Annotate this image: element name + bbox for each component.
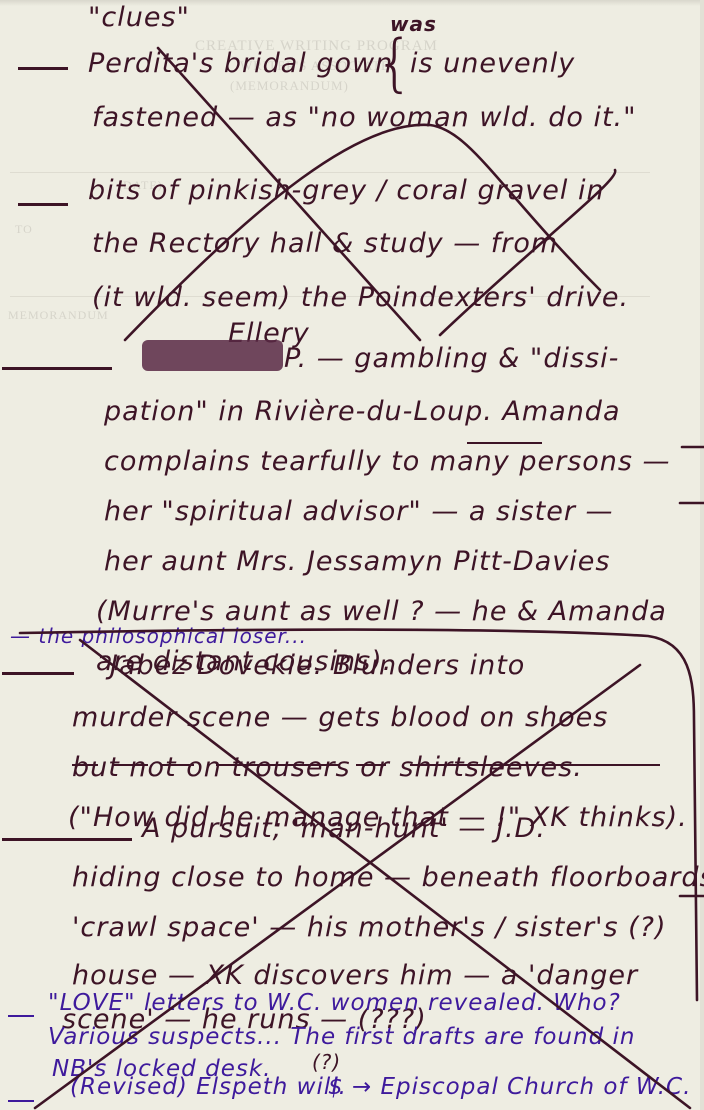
entry-pursuit-line1: A pursuit; 'man-hunt' — J.D. [142,813,546,844]
scribbled-out-word: Charleton [142,340,283,371]
entry-dash [18,67,68,70]
entry-dash [8,1100,34,1102]
underline-many [467,442,542,444]
entry-ellery-line6: (Murre's aunt as well ? — he & Amanda [96,596,667,627]
entry-jabez-line1: Jabez Dovekie. Blunders into [110,650,525,681]
manuscript-page: CREATIVE WRITING PROGRAM WRITER'S ASSOCI… [0,0,704,1110]
entry-dash [18,203,68,206]
paper-right-edge [700,0,704,1110]
entry-dash [2,367,112,370]
entry-dash [8,1015,34,1017]
underline-trousers [216,764,340,766]
underline-on [162,764,194,766]
entry-ellery-line4: her "spiritual advisor" — a sister — [104,496,614,527]
entry-bridal-line2: fastened — as "no woman wld. do it." [92,102,637,133]
entry-ellery-line2: pation" in Rivière-du-Loup. Amanda [104,396,621,427]
entry-dash [2,838,132,841]
letterhead-ghost-to: TO [15,222,33,237]
letterhead-ghost-rule [10,172,650,173]
entry-love-line2: Various suspects... The first drafts are… [48,1024,635,1050]
entry-gravel-line3: (it wld. seem) the Poindexters' drive. [92,282,629,313]
entry-elspeth-line1: (Revised) Elspeth will. [70,1074,347,1100]
entry-bridal-line1: Perdita's bridal gown [88,48,393,79]
letterhead-ghost-line3: (MEMORANDUM) [230,78,349,94]
entry-love-line1: "LOVE" letters to W.C. women revealed. W… [48,990,621,1016]
entry-gravel-line1: bits of pinkish-grey / coral gravel in [88,175,605,206]
entry-gravel-line2: the Rectory hall & study — from [92,228,558,259]
page-heading: "clues" [88,2,190,33]
entry-dash [2,672,74,675]
underline-shirtsleeves [410,764,660,766]
entry-bridal-line1b: is unevenly [410,48,575,79]
entry-jabez-line2: murder scene — gets blood on shoes [72,702,608,733]
underline-not [112,764,148,766]
entry-elspeth-line2: $ → Episcopal Church of W.C. [328,1074,691,1100]
margin-question-mark: (?) [312,1050,341,1074]
entry-pursuit-line2: hiding close to home — beneath floorboar… [72,862,704,893]
entry-ellery-line1: P. — gambling & "dissi- [284,343,619,374]
annotation-philosophical-loser: — the philosophical loser... [10,624,307,648]
entry-ellery-line3: complains tearfully to many persons — [104,446,671,477]
entry-pursuit-line3: 'crawl space' — his mother's / sister's … [72,912,667,943]
entry-ellery-line5: her aunt Mrs. Jessamyn Pitt-Davies [104,546,610,577]
underline-but [72,764,98,766]
underline-or [356,764,386,766]
entry-jabez-line3: but not on trousers or shirtsleeves. [72,752,583,783]
entry-pursuit-line4: house — XK discovers him — a 'danger [72,960,638,991]
struck-name: Charleton [142,340,283,371]
